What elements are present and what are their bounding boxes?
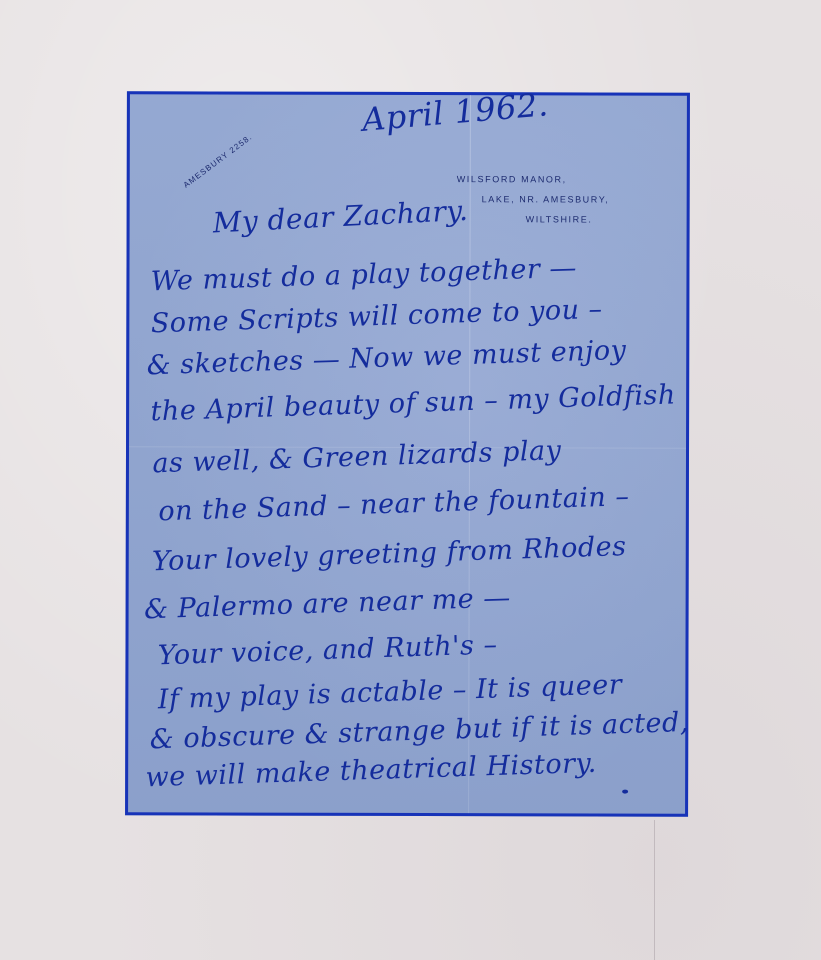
letterhead-telephone: AMESBURY 2258. (182, 132, 254, 189)
address-line: LAKE, NR. AMESBURY, (457, 189, 610, 209)
letterhead-address: WILSFORD MANOR, LAKE, NR. AMESBURY, WILT… (457, 169, 610, 229)
letter-line: We must do a play together — (150, 253, 577, 298)
letter-salutation: My dear Zachary. (212, 194, 469, 240)
surface-crease (654, 820, 655, 960)
letter-line: & obscure & strange but if it is acted, (149, 707, 689, 755)
address-line: WILTSHIRE. (457, 209, 610, 229)
letter-line: as well, & Green lizards play (152, 435, 562, 479)
letter-line: & sketches — Now we must enjoy (146, 335, 627, 381)
letter-line: Your lovely greeting from Rhodes (152, 531, 627, 577)
letter-date: April 1962. (361, 85, 550, 139)
letter-line: & Palermo are near me — (144, 582, 512, 625)
letter-line: If my play is actable – It is queer (157, 669, 622, 715)
letter-line: Your voice, and Ruth's – (157, 629, 498, 671)
ink-full-stop (622, 790, 628, 794)
letter-line: we will make theatrical History. (145, 748, 597, 794)
letter-line: the April beauty of sun – my Goldfish (150, 379, 676, 427)
address-line: WILSFORD MANOR, (457, 169, 610, 189)
letter-sheet: AMESBURY 2258. WILSFORD MANOR, LAKE, NR.… (125, 91, 690, 816)
letter-line: Some Scripts will come to you – (150, 294, 603, 340)
letter-line: on the Sand – near the fountain – (158, 481, 630, 527)
